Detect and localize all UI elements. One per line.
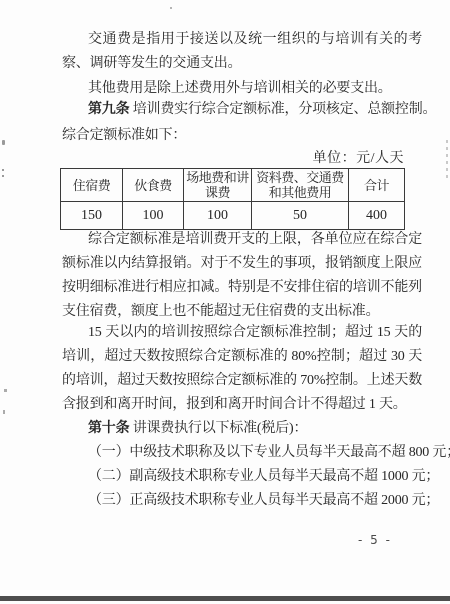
article-9-line: 第九条 培训费实行综合定额标准，分项核定、总额控制。: [62, 98, 422, 122]
article-9-text: 培训费实行综合定额标准，分项核定、总额控制。: [133, 102, 437, 117]
table-header-materials-transport: 资料费、交通费和其他费用: [252, 169, 349, 202]
article-10-label: 第十条: [88, 421, 129, 436]
table-value-row: 150 100 100 50 400: [61, 202, 405, 230]
scan-artifact: [446, 140, 448, 180]
scan-artifact: [3, 410, 5, 414]
table-value-venue-lecture: 100: [184, 202, 252, 230]
table-header-venue-lecture: 场地费和讲课费: [184, 169, 252, 202]
scanner-edge-bar: [0, 596, 450, 601]
article-9-label: 第九条: [88, 102, 129, 117]
page-number: - 5 -: [346, 533, 404, 547]
article-10-line: 第十条 讲课费执行以下标准(税后)：: [62, 417, 422, 441]
table-value-materials-transport: 50: [252, 202, 349, 230]
table-unit-note: 单位：元/人天: [62, 147, 404, 167]
table-value-lodging: 150: [61, 202, 123, 230]
lecture-fee-item-2: （二）副高级技术职称专业人员每半天最高不超 1000 元；: [62, 465, 422, 489]
table-value-meals: 100: [123, 202, 184, 230]
lecture-fee-item-3: （三）正高级技术职称专业人员每半天最高不超 2000 元；: [62, 489, 422, 513]
article-9-continuation: 综合定额标准如下：: [62, 124, 422, 148]
article-10-text: 讲课费执行以下标准(税后)：: [133, 421, 308, 436]
paragraph-quota-limit: 综合定额标准是培训费开支的上限，各单位应在综合定额标准以内结算报销。对于不发生的…: [62, 228, 422, 324]
scan-artifact: [170, 7, 172, 9]
lecture-fee-item-1: （一）中级技术职称及以下专业人员每半天最高不超 800 元；: [62, 441, 422, 465]
table-value-total: 400: [349, 202, 405, 230]
paragraph-day-rules: 15 天以内的培训按照综合定额标准控制；超过 15 天的培训，超过天数按照综合定…: [62, 321, 422, 417]
scan-artifact: [2, 169, 4, 171]
scan-artifact: [4, 389, 7, 392]
table-header-row: 住宿费 伙食费 场地费和讲课费 资料费、交通费和其他费用 合计: [61, 169, 405, 202]
scan-artifact: [2, 175, 4, 177]
quota-table: 住宿费 伙食费 场地费和讲课费 资料费、交通费和其他费用 合计 150 100 …: [60, 168, 405, 230]
table-header-total: 合计: [349, 169, 405, 202]
table-header-lodging: 住宿费: [61, 169, 123, 202]
paragraph-transport-fee: 交通费是指用于接送以及统一组织的与培训有关的考察、调研等发生的交通支出。: [62, 28, 422, 76]
table-header-meals: 伙食费: [123, 169, 184, 202]
scanned-document-page: { "document": { "paragraphs": { "p1": "交…: [0, 0, 450, 604]
scan-artifact: [2, 140, 5, 145]
